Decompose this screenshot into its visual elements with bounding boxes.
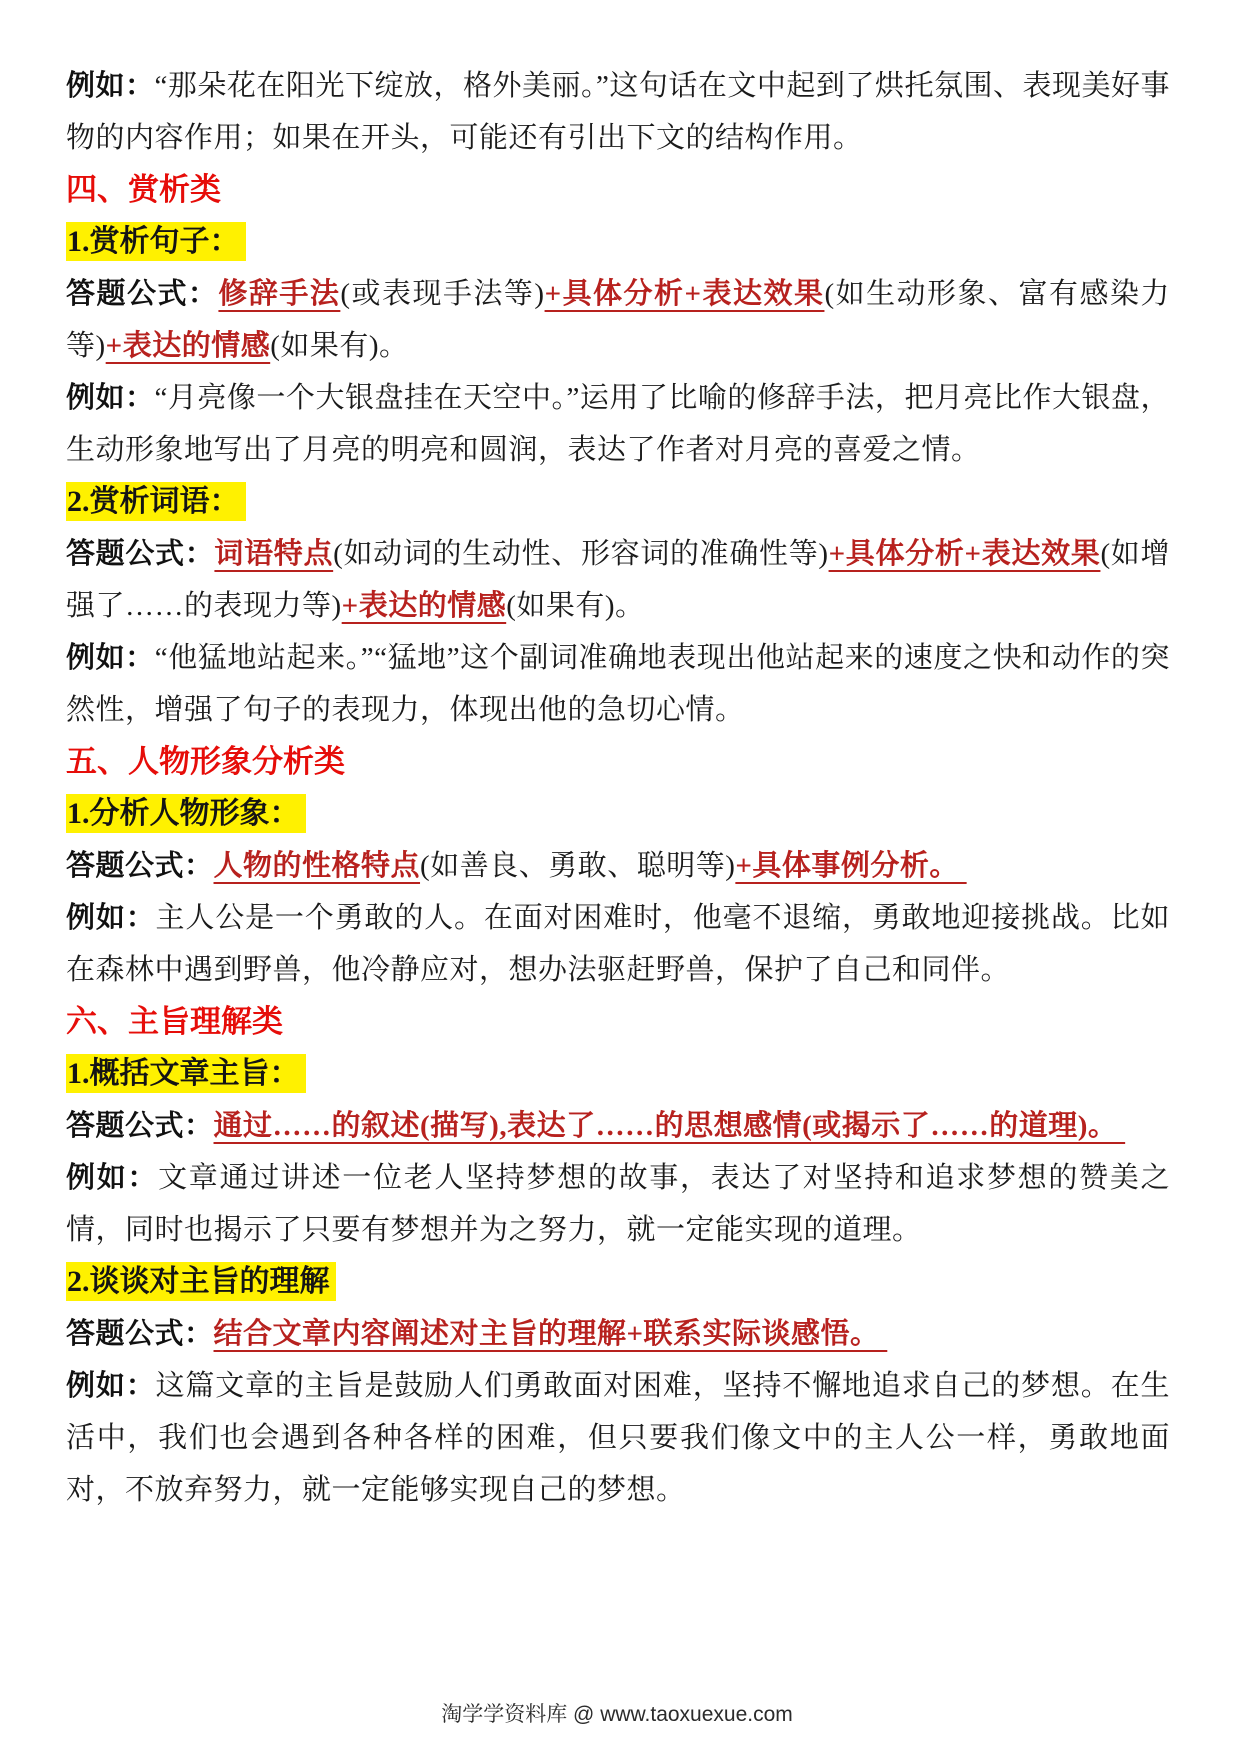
highlight-text: 2.赏析词语： [66, 482, 246, 521]
run-formula: +表达的情感 [106, 330, 271, 362]
run-label: 例如： [66, 902, 156, 934]
paragraph-formula-theme: 答题公式：通过……的叙述(描写),表达了……的思想感情(或揭示了……的道理)。 [66, 1100, 1170, 1152]
run-label: 答题公式： [66, 538, 214, 570]
run-plain: 文章通过讲述一位老人坚持梦想的故事，表达了对坚持和追求梦想的赞美之情，同时也揭示… [66, 1162, 1170, 1246]
run-plain: (如果有)。 [270, 330, 408, 362]
paragraph-formula-word: 答题公式：词语特点(如动词的生动性、形容词的准确性等)+具体分析+表达效果(如增… [66, 528, 1170, 632]
run-formula: 人物的性格特点 [214, 850, 421, 882]
paragraph-formula-character: 答题公式：人物的性格特点(如善良、勇敢、聪明等)+具体事例分析。 [66, 840, 1170, 892]
run-formula: +具体分析+表达效果 [829, 538, 1101, 570]
run-label: 例如： [66, 1370, 156, 1402]
paragraph-example-moon: 例如：“月亮像一个大银盘挂在天空中。”运用了比喻的修辞手法，把月亮比作大银盘，生… [66, 372, 1170, 476]
run-label: 答题公式： [66, 1110, 214, 1142]
run-label: 例如： [66, 642, 155, 674]
paragraph-structure-example: 例如：“那朵花在阳光下绽放，格外美丽。”这句话在文中起到了烘托氛围、表现美好事物… [66, 60, 1170, 164]
run-plain: “那朵花在阳光下绽放，格外美丽。”这句话在文中起到了烘托氛围、表现美好事物的内容… [66, 70, 1170, 154]
paragraph-example-brave: 例如：主人公是一个勇敢的人。在面对困难时，他毫不退缩，勇敢地迎接挑战。比如在森林… [66, 892, 1170, 996]
highlight-text: 2.谈谈对主旨的理解 [66, 1262, 336, 1301]
section-heading-5: 五、人物形象分析类 [66, 736, 1170, 788]
footer: 淘学学资料库 @ www.taoxuexue.com [0, 1698, 1234, 1728]
run-formula: 修辞手法 [218, 278, 340, 310]
run-label: 答题公式： [66, 278, 218, 310]
run-formula: 通过……的叙述(描写),表达了……的思想感情(或揭示了……的道理)。 [214, 1110, 1126, 1142]
highlight-text: 1.概括文章主旨： [66, 1054, 306, 1093]
run-formula: 词语特点 [214, 538, 333, 570]
paragraph-example-stand-up: 例如：“他猛地站起来。”“猛地”这个副词准确地表现出他站起来的速度之快和动作的突… [66, 632, 1170, 736]
paragraph-formula-discuss-theme: 答题公式：结合文章内容阐述对主旨的理解+联系实际谈感悟。 [66, 1308, 1170, 1360]
run-plain: (如善良、勇敢、聪明等) [420, 850, 735, 882]
run-plain: (或表现手法等) [340, 278, 544, 310]
paragraph-example-encourage: 例如：这篇文章的主旨是鼓励人们勇敢面对困难，坚持不懈地追求自己的梦想。在生活中，… [66, 1360, 1170, 1516]
subheading-appreciate-sentence: 1.赏析句子： [66, 216, 1170, 268]
footer-watermark-text: 淘学学资料库 @ www.taoxuexue.com [441, 1703, 793, 1726]
document-page: 例如：“那朵花在阳光下绽放，格外美丽。”这句话在文中起到了烘托氛围、表现美好事物… [0, 0, 1234, 1516]
subheading-discuss-theme: 2.谈谈对主旨的理解 [66, 1256, 1170, 1308]
run-plain: “他猛地站起来。”“猛地”这个副词准确地表现出他站起来的速度之快和动作的突然性，… [66, 642, 1170, 726]
run-plain: (如动词的生动性、形容词的准确性等) [333, 538, 828, 570]
run-formula: +表达的情感 [342, 590, 507, 622]
highlight-text: 1.赏析句子： [66, 222, 246, 261]
run-plain: “月亮像一个大银盘挂在天空中。”运用了比喻的修辞手法，把月亮比作大银盘，生动形象… [66, 382, 1170, 466]
run-plain: 这篇文章的主旨是鼓励人们勇敢面对困难，坚持不懈地追求自己的梦想。在生活中，我们也… [66, 1370, 1170, 1506]
section-heading-6: 六、主旨理解类 [66, 996, 1170, 1048]
highlight-text: 1.分析人物形象： [66, 794, 306, 833]
paragraph-formula-sentence: 答题公式：修辞手法(或表现手法等)+具体分析+表达效果(如生动形象、富有感染力等… [66, 268, 1170, 372]
run-label: 答题公式： [66, 850, 214, 882]
run-formula: +具体分析+表达效果 [545, 278, 825, 310]
paragraph-example-old-man: 例如：文章通过讲述一位老人坚持梦想的故事，表达了对坚持和追求梦想的赞美之情，同时… [66, 1152, 1170, 1256]
run-label: 例如： [66, 70, 155, 102]
run-formula: +具体事例分析。 [735, 850, 966, 882]
run-label: 答题公式： [66, 1318, 214, 1350]
run-formula: 结合文章内容阐述对主旨的理解+联系实际谈感悟。 [214, 1318, 888, 1350]
subheading-analyze-character: 1.分析人物形象： [66, 788, 1170, 840]
run-plain: (如果有)。 [506, 590, 644, 622]
section-heading-4: 四、赏析类 [66, 164, 1170, 216]
run-label: 例如： [66, 382, 155, 414]
document-content: 例如：“那朵花在阳光下绽放，格外美丽。”这句话在文中起到了烘托氛围、表现美好事物… [66, 60, 1170, 1516]
subheading-summarize-theme: 1.概括文章主旨： [66, 1048, 1170, 1100]
subheading-appreciate-word: 2.赏析词语： [66, 476, 1170, 528]
run-plain: 主人公是一个勇敢的人。在面对困难时，他毫不退缩，勇敢地迎接挑战。比如在森林中遇到… [66, 902, 1170, 986]
run-label: 例如： [66, 1162, 158, 1194]
